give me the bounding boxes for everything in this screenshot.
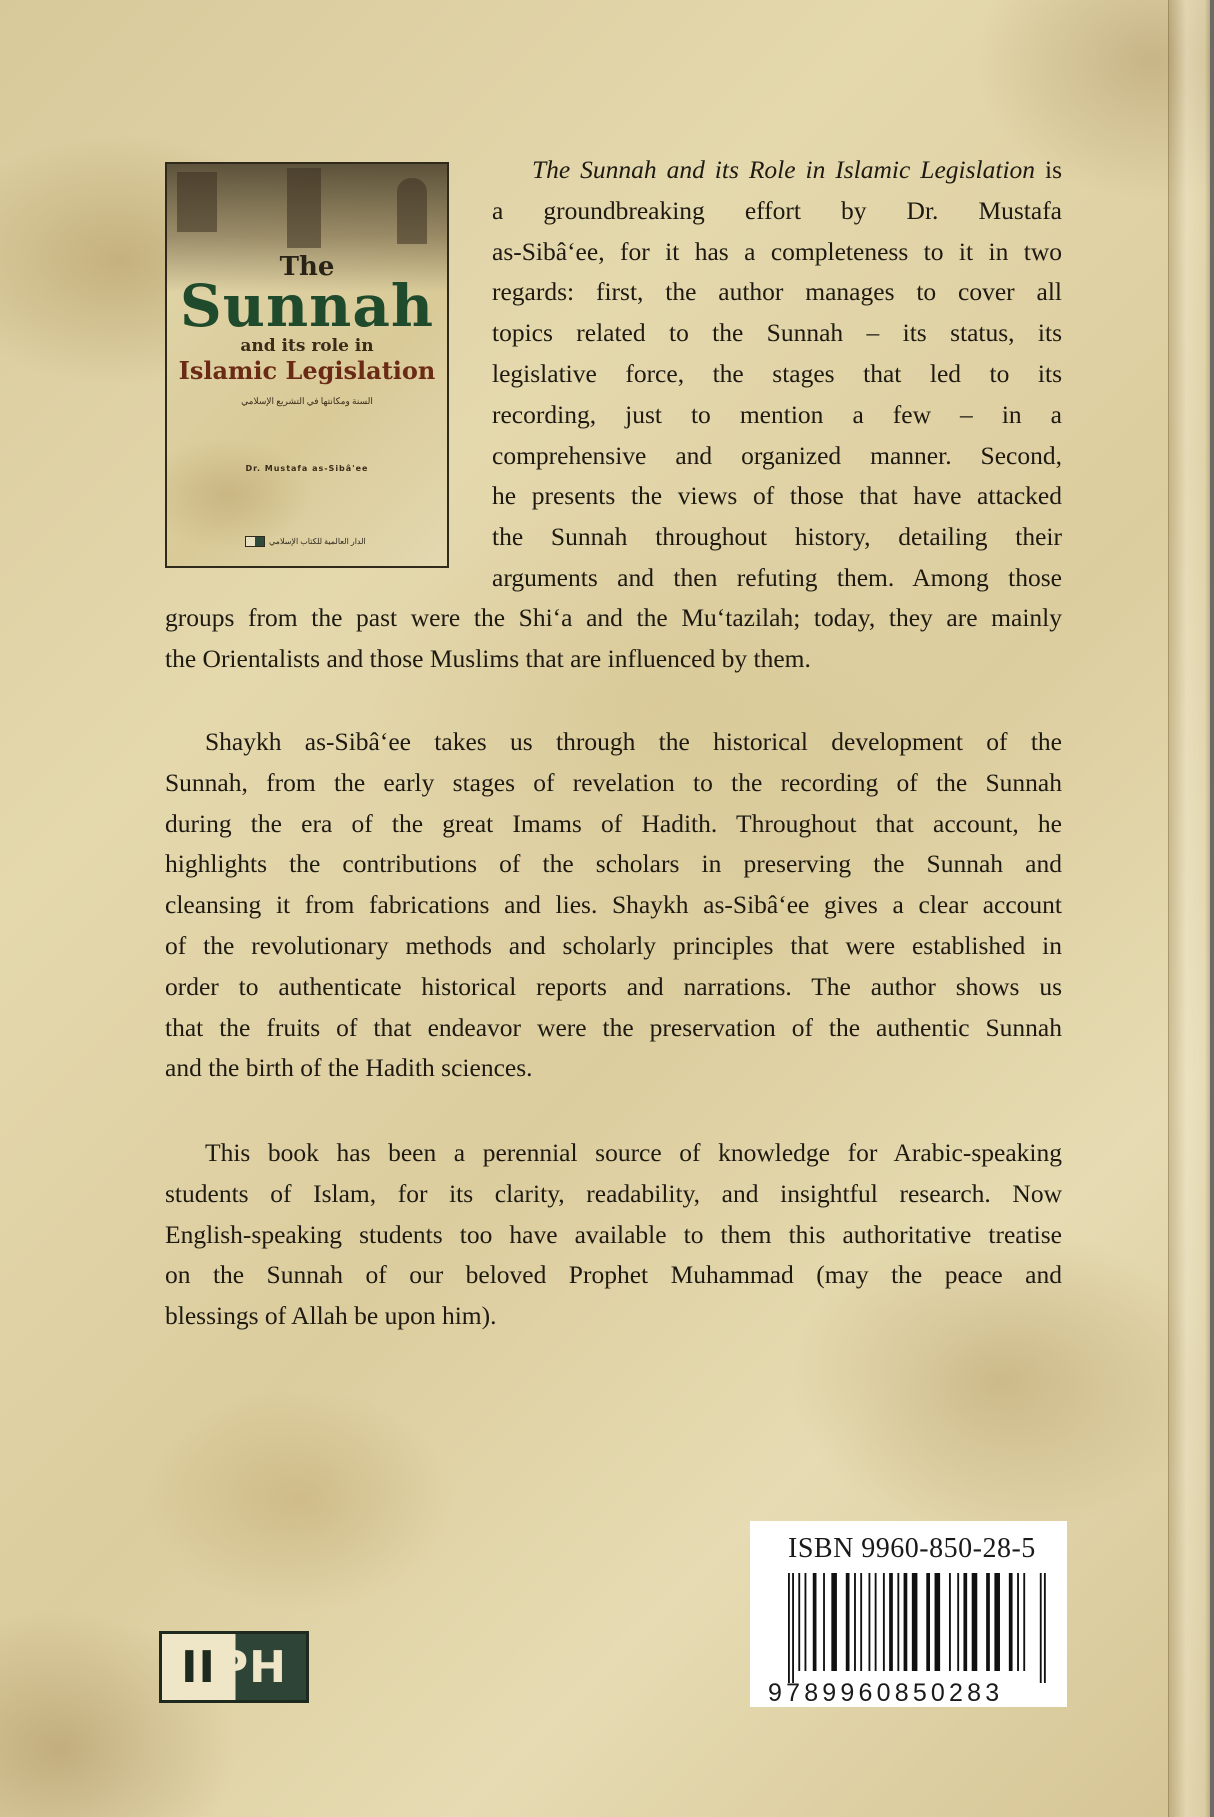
text-line: Shaykh as-Sibâ‘ee takes us through the h… [165,722,1062,763]
cover-photo-minaret [287,168,321,248]
text-line: as-Sibâ‘ee, for it has a completeness to… [492,232,1062,273]
cover-author: Dr. Mustafa as-Sibâ'ee [167,464,447,473]
text-line: The Sunnah and its Role in Islamic Legis… [492,150,1062,191]
text-line: students of Islam, for its clarity, read… [165,1174,1062,1215]
text-line: legislative force, the stages that led t… [492,354,1062,395]
text-line: topics related to the Sunnah – its statu… [492,313,1062,354]
publisher-logo: IIPH [159,1631,309,1703]
text-line: he presents the views of those that have… [492,476,1062,517]
text-line: on the Sunnah of our beloved Prophet Muh… [165,1255,1062,1296]
text-line: the Orientalists and those Muslims that … [165,639,1062,680]
isbn-barcode-label: ISBN 9960-850-28-5 9789960850283 [750,1521,1067,1707]
barcode-icon [788,1573,1046,1683]
text-line: that the fruits of that endeavor were th… [165,1008,1062,1049]
text-line: recording, just to mention a few – in a [492,395,1062,436]
text-line: Sunnah, from the early stages of revelat… [165,763,1062,804]
cover-photo-arch [397,178,427,244]
publisher-mini-logo-icon [245,536,265,547]
cover-thumbnail: The Sunnah and its role in Islamic Legis… [165,162,449,568]
logo-text-light: PH [216,1642,287,1693]
isbn-number: ISBN 9960-850-28-5 [788,1533,1036,1565]
description-paragraph-1: The Sunnah and its Role in Islamic Legis… [492,150,1062,599]
book-title-italic: The Sunnah and its Role in Islamic Legis… [532,155,1035,184]
description-paragraph-3: This book has been a perennial source of… [165,1133,1062,1337]
text-line: arguments and then refuting them. Among … [492,558,1062,599]
text-line: during the era of the great Imams of Had… [165,804,1062,845]
cover-photo-building [177,172,217,232]
spine-fold-line [1168,0,1169,1817]
text-line: groups from the past were the Shi‘a and … [165,598,1062,639]
text-line: English-speaking students too have avail… [165,1215,1062,1256]
text-line: This book has been a perennial source of… [165,1133,1062,1174]
text-line: cleansing it from fabrications and lies.… [165,885,1062,926]
cover-title-legislation: Islamic Legislation [167,356,447,385]
text-line: highlights the contributions of the scho… [165,844,1062,885]
cover-publisher-arabic: الدار العالمية للكتاب الإسلامي [269,537,366,546]
text-line: comprehensive and organized manner. Seco… [492,436,1062,477]
text-line: the Sunnah throughout history, detailing… [492,517,1062,558]
description-paragraph-1-continued: groups from the past were the Shi‘a and … [165,598,1062,680]
text-line: blessings of Allah be upon him). [165,1296,1062,1337]
cover-publisher: الدار العالمية للكتاب الإسلامي [245,536,366,547]
book-edge [1210,0,1214,1817]
cover-title-role: and its role in [167,336,447,356]
description-paragraph-2: Shaykh as-Sibâ‘ee takes us through the h… [165,722,1062,1089]
logo-text-dark: II [181,1642,216,1693]
cover-arabic-subtitle: السنة ومكانتها في التشريع الإسلامي [167,396,447,407]
text-line: a groundbreaking effort by Dr. Mustafa [492,191,1062,232]
cover-title-sunnah: Sunnah [167,272,447,340]
barcode-digits: 9789960850283 [768,1679,1048,1708]
text-line: order to authenticate historical reports… [165,967,1062,1008]
text-line: regards: first, the author manages to co… [492,272,1062,313]
text-line: and the birth of the Hadith sciences. [165,1048,1062,1089]
text-line: of the revolutionary methods and scholar… [165,926,1062,967]
book-spine-shading [1168,0,1214,1817]
